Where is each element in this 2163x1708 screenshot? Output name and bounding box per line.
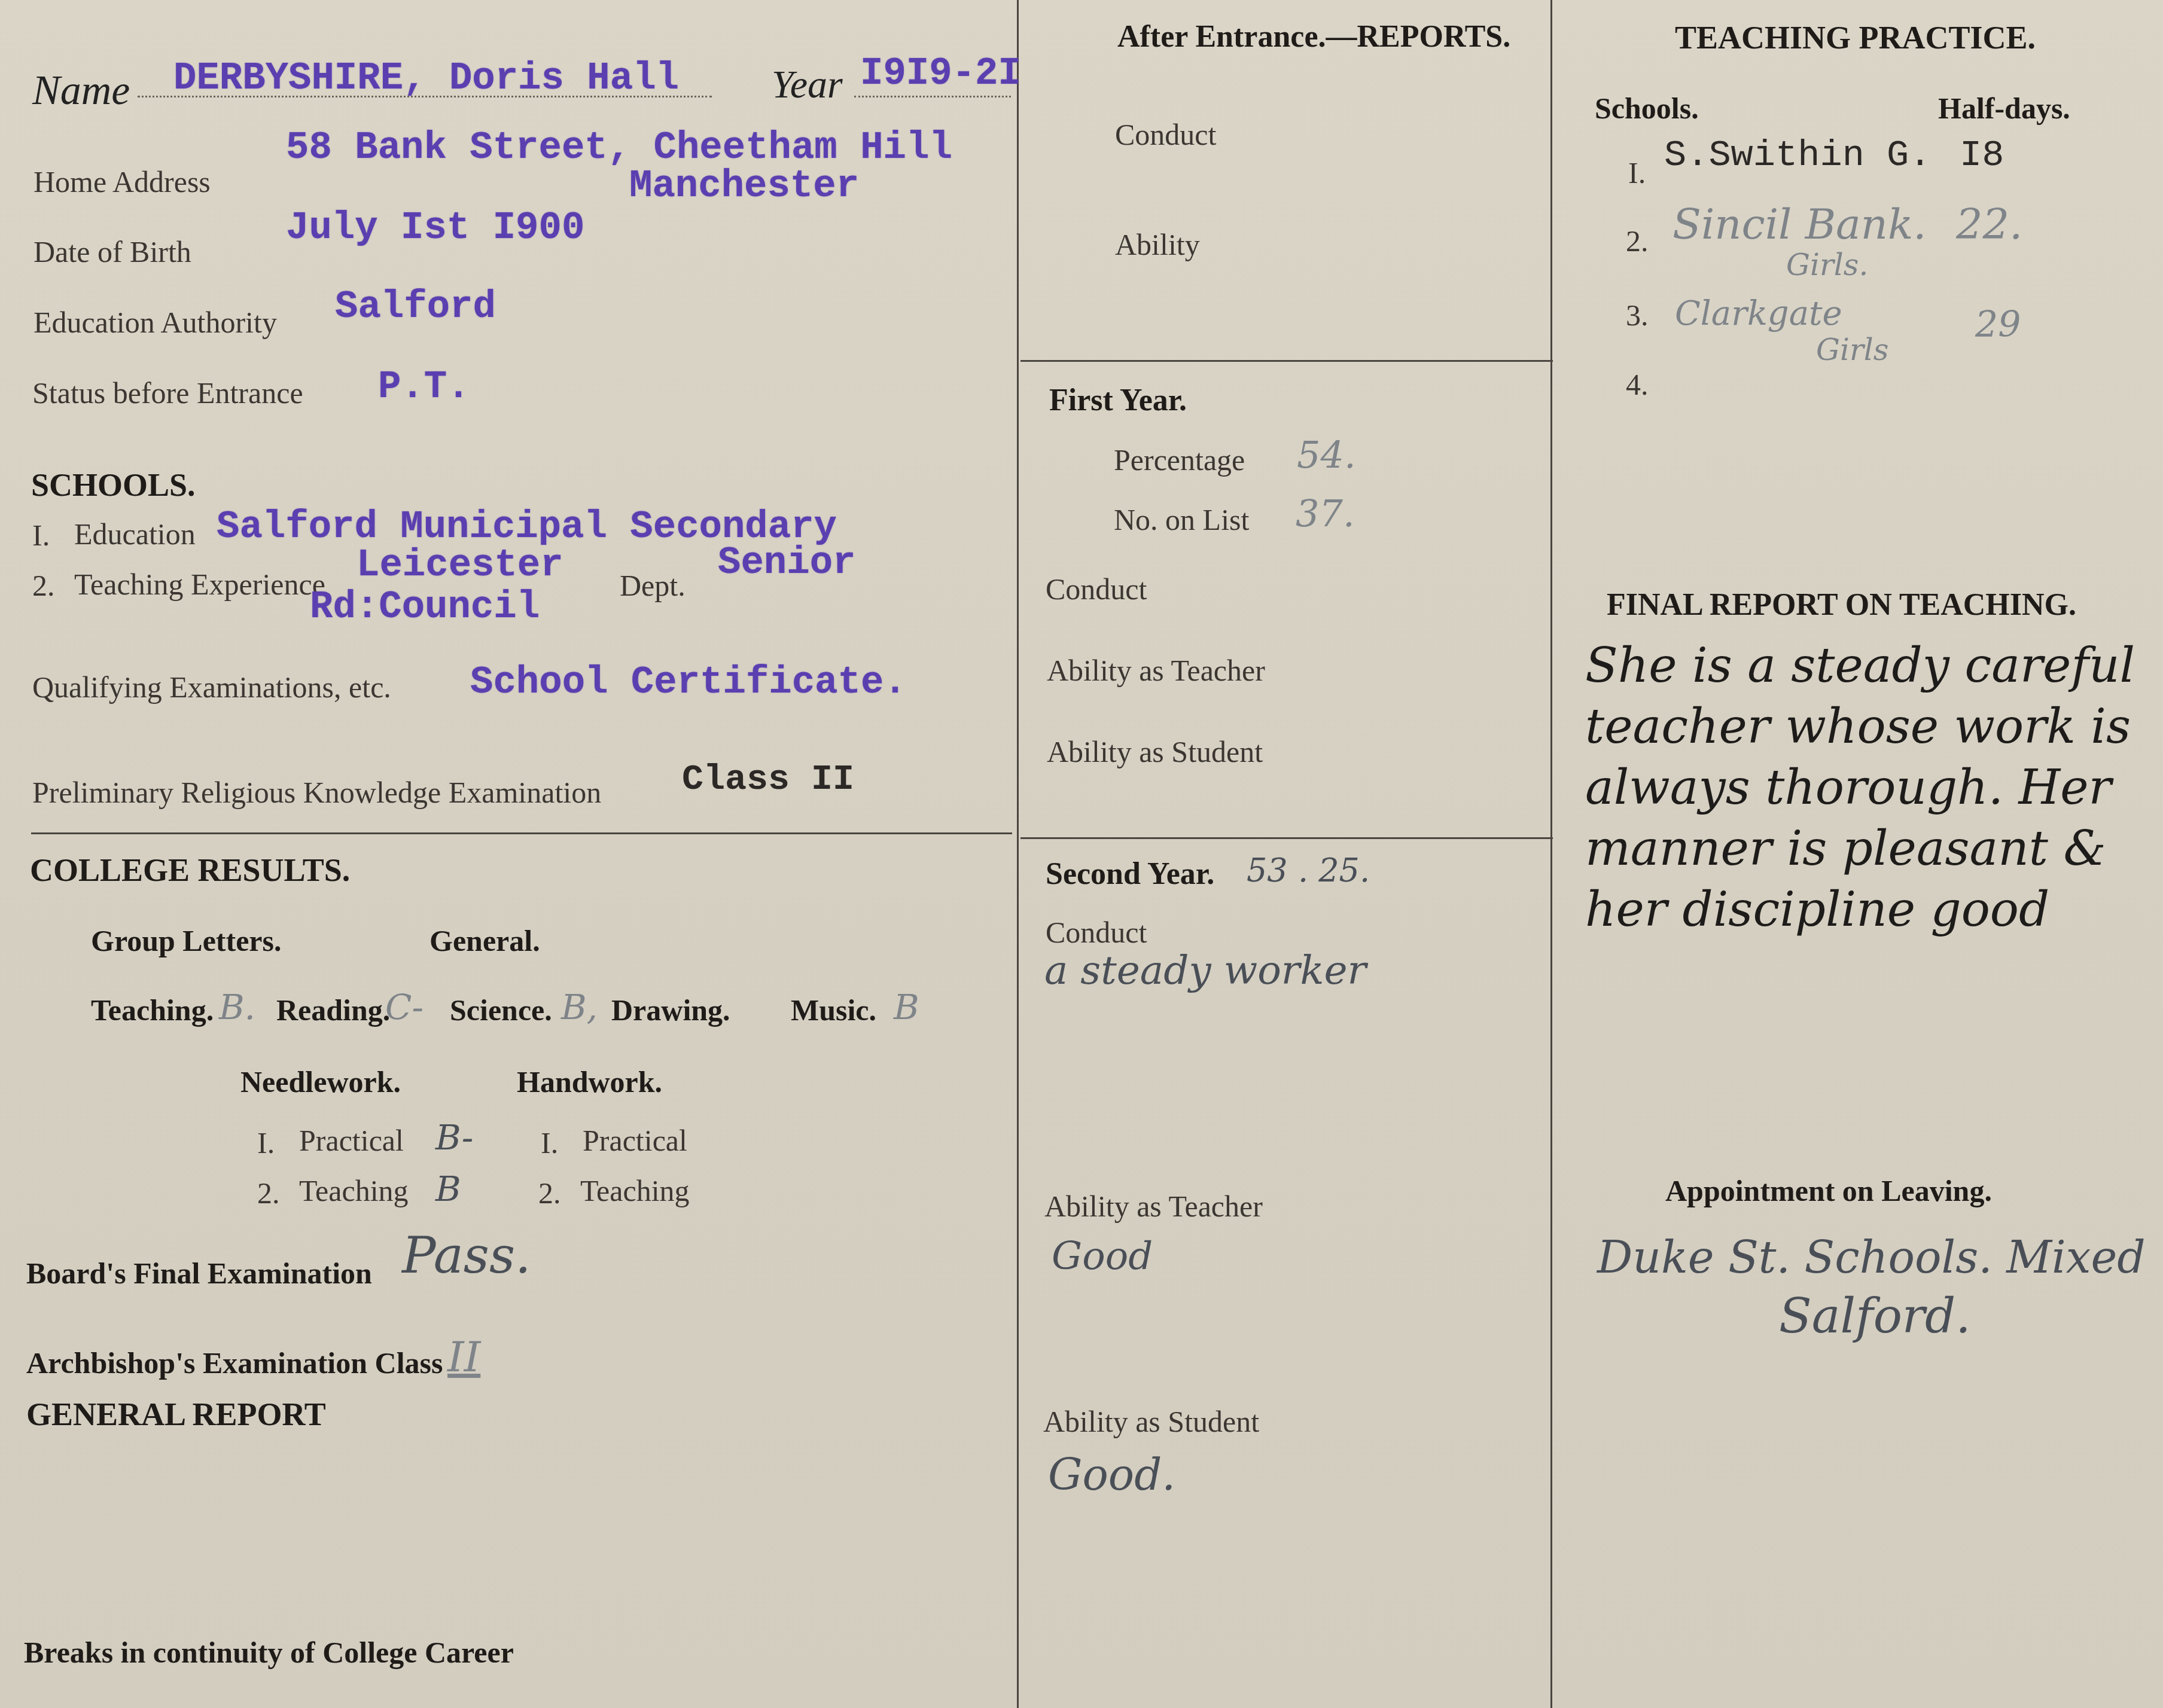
teaching-experience-value-line1: Leicester: [357, 544, 563, 587]
student-record-card: Name DERBYSHIRE, Doris Hall Year I9I9-2I…: [0, 0, 2163, 1708]
boards-final-exam-label: Board's Final Examination: [26, 1256, 372, 1291]
needlework-teaching-number: 2.: [257, 1176, 280, 1210]
teaching-experience-number: 2.: [32, 568, 55, 603]
grade-reading-label: Reading.: [276, 993, 390, 1027]
divider-left-middle: [1017, 0, 1019, 1708]
boards-final-exam-value: Pass.: [402, 1226, 531, 1285]
handwork-teaching-label: Teaching: [580, 1173, 690, 1208]
final-report-line: She is a steady careful: [1585, 635, 2147, 696]
grade-teaching-label: Teaching.: [91, 993, 214, 1027]
first-year-heading: First Year.: [1049, 383, 1187, 418]
after-entrance-conduct-label: Conduct: [1115, 117, 1216, 152]
handwork-label: Handwork.: [517, 1065, 662, 1099]
no-on-list-label: No. on List: [1114, 502, 1249, 537]
first-year-conduct-label: Conduct: [1046, 572, 1147, 606]
practice-row-number: 3.: [1626, 298, 1649, 333]
second-year-ability-student-label: Ability as Student: [1043, 1404, 1259, 1439]
practice-row-number: I.: [1628, 155, 1646, 190]
year-value: I9I9-2I: [860, 53, 1021, 96]
grade-science-value: B,: [561, 987, 598, 1027]
date-of-birth-label: Date of Birth: [33, 234, 191, 269]
handwork-practical-number: I.: [541, 1126, 558, 1160]
percentage-value: 54.: [1297, 433, 1356, 477]
breaks-in-continuity-label: Breaks in continuity of College Career: [24, 1635, 514, 1670]
archbishops-exam-label: Archbishop's Examination Class: [26, 1346, 443, 1380]
grade-drawing-label: Drawing.: [611, 993, 730, 1027]
grade-teaching-value: B.: [219, 987, 255, 1027]
preliminary-religious-exam-value: Class II: [682, 760, 854, 800]
general-report-heading: GENERAL REPORT: [26, 1396, 326, 1433]
second-year-ability-student-value: Good.: [1048, 1450, 1175, 1500]
practice-row-number: 4.: [1626, 367, 1649, 402]
archbishops-exam-value: II: [447, 1332, 480, 1381]
after-entrance-ability-label: Ability: [1115, 227, 1200, 262]
year-dotted-line: [854, 96, 1011, 97]
year-label: Year: [772, 62, 843, 108]
education-authority-value: Salford: [335, 286, 496, 329]
divider-left-college: [31, 832, 1012, 834]
first-year-ability-student-label: Ability as Student: [1047, 734, 1263, 769]
practice-row-note: Girls: [1816, 333, 1888, 367]
dept-label: Dept.: [620, 568, 686, 603]
second-year-values: 53 . 25.: [1247, 852, 1370, 889]
handwork-teaching-number: 2.: [538, 1176, 561, 1210]
practice-row-school: Clarkgate: [1675, 294, 1842, 333]
teaching-experience-value-line2: Rd:Council: [310, 586, 540, 629]
grade-music-label: Music.: [791, 993, 876, 1027]
second-year-ability-teacher-value: Good: [1052, 1234, 1153, 1279]
status-before-entrance-value: P.T.: [378, 366, 470, 409]
practice-row-halfdays: 29: [1975, 304, 2021, 346]
half-days-column-label: Half-days.: [1938, 91, 2070, 126]
practice-row-halfdays: I8: [1960, 134, 2004, 176]
home-address-line1: 58 Bank Street, Cheetham Hill: [286, 127, 952, 170]
second-year-heading: Second Year.: [1046, 856, 1214, 892]
final-report-line: manner is pleasant &: [1585, 818, 2147, 879]
divider-middle-right: [1550, 0, 1552, 1708]
needlework-teaching-label: Teaching: [299, 1173, 409, 1208]
practice-row-note: Girls.: [1786, 248, 1868, 282]
final-report-line: teacher whose work is: [1585, 696, 2147, 757]
needlework-practical-value: B-: [435, 1117, 473, 1158]
college-results-heading: COLLEGE RESULTS.: [30, 852, 350, 889]
after-entrance-heading: After Entrance.—REPORTS.: [1117, 19, 1510, 54]
needlework-teaching-value: B: [435, 1169, 461, 1209]
home-address-label: Home Address: [33, 164, 211, 199]
needlework-practical-number: I.: [257, 1126, 275, 1160]
education-number: I.: [32, 518, 50, 553]
grade-science-label: Science.: [450, 993, 552, 1027]
second-year-ability-teacher-label: Ability as Teacher: [1044, 1189, 1263, 1224]
dept-value: Senior: [718, 542, 855, 585]
preliminary-religious-exam-label: Preliminary Religious Knowledge Examinat…: [32, 775, 601, 810]
teaching-practice-heading: TEACHING PRACTICE.: [1675, 19, 2036, 56]
status-before-entrance-label: Status before Entrance: [32, 376, 303, 410]
education-label: Education: [74, 517, 196, 551]
final-report-line: always thorough. Her: [1585, 757, 2147, 818]
grade-reading-value: C-: [385, 987, 424, 1027]
practice-row-halfdays: 22.: [1956, 200, 2022, 249]
name-label: Name: [32, 67, 130, 115]
name-value: DERBYSHIRE, Doris Hall: [173, 57, 679, 100]
schools-heading: SCHOOLS.: [31, 466, 196, 504]
first-year-ability-teacher-label: Ability as Teacher: [1047, 653, 1265, 688]
divider-after-entrance: [1020, 360, 1553, 362]
needlework-label: Needlework.: [240, 1065, 401, 1099]
percentage-label: Percentage: [1114, 443, 1245, 477]
education-authority-label: Education Authority: [33, 305, 277, 340]
qualifying-examinations-label: Qualifying Examinations, etc.: [32, 670, 391, 704]
appointment-heading: Appointment on Leaving.: [1665, 1173, 1992, 1208]
schools-column-label: Schools.: [1595, 91, 1699, 126]
qualifying-examinations-value: School Certificate.: [470, 661, 907, 704]
appointment-line1: Duke St. Schools. Mixed: [1597, 1232, 2146, 1283]
divider-first-second-year: [1020, 837, 1553, 839]
final-report-heading: FINAL REPORT ON TEACHING.: [1607, 587, 2076, 623]
grade-music-value: B: [894, 987, 919, 1027]
date-of-birth-value: July Ist I900: [286, 207, 584, 250]
home-address-line2: Manchester: [629, 165, 859, 208]
final-report-line: her discipline good: [1585, 879, 2147, 940]
general-label: General.: [429, 923, 540, 958]
second-year-conduct-value: a steady worker: [1044, 947, 1366, 993]
no-on-list-value: 37.: [1296, 492, 1355, 535]
handwork-practical-label: Practical: [583, 1123, 687, 1158]
second-year-conduct-label: Conduct: [1046, 915, 1147, 950]
practice-row-number: 2.: [1626, 224, 1649, 258]
teaching-experience-label: Teaching Experience: [74, 567, 325, 602]
practice-row-school: S.Swithin G.: [1664, 134, 1931, 176]
final-report-text: She is a steady careful teacher whose wo…: [1585, 635, 2147, 940]
needlework-practical-label: Practical: [299, 1123, 404, 1158]
appointment-line2: Salford.: [1779, 1288, 1971, 1344]
group-letters-label: Group Letters.: [91, 923, 281, 958]
practice-row-school: Sincil Bank.: [1672, 200, 1927, 249]
